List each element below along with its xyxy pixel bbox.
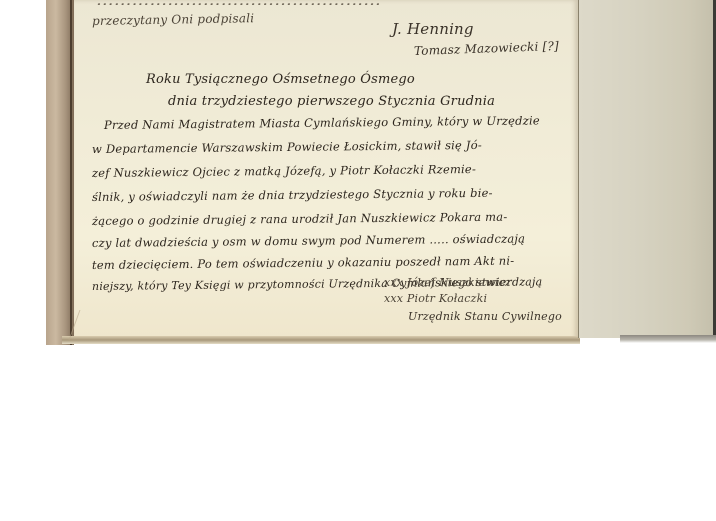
record-heading-year: Roku Tysiącznego Ośmsetnego Ósmego [146, 72, 415, 87]
previous-record-closing-line: przeczytany Oni podpisali [92, 11, 255, 28]
record-heading-date: dnia trzydziestego pierwszego Stycznia G… [168, 94, 495, 109]
document-scan: ………………………………………… przeczytany Oni podpisa… [0, 0, 716, 521]
previous-record-cutoff-line: ………………………………………… [96, 0, 381, 9]
right-page-shadow [620, 335, 716, 343]
signature-witness-1: xxx Józef Nuszkiewicz [384, 276, 511, 289]
signature-registrar: Urzędnik Stanu Cywilnego [408, 310, 562, 323]
page-bottom-edge [62, 336, 580, 344]
blank-right-page [578, 0, 715, 338]
book-spine-line [70, 0, 72, 345]
signature-henning: J. Henning [392, 20, 474, 38]
signature-witness-2: xxx Piotr Kołaczki [384, 292, 487, 305]
